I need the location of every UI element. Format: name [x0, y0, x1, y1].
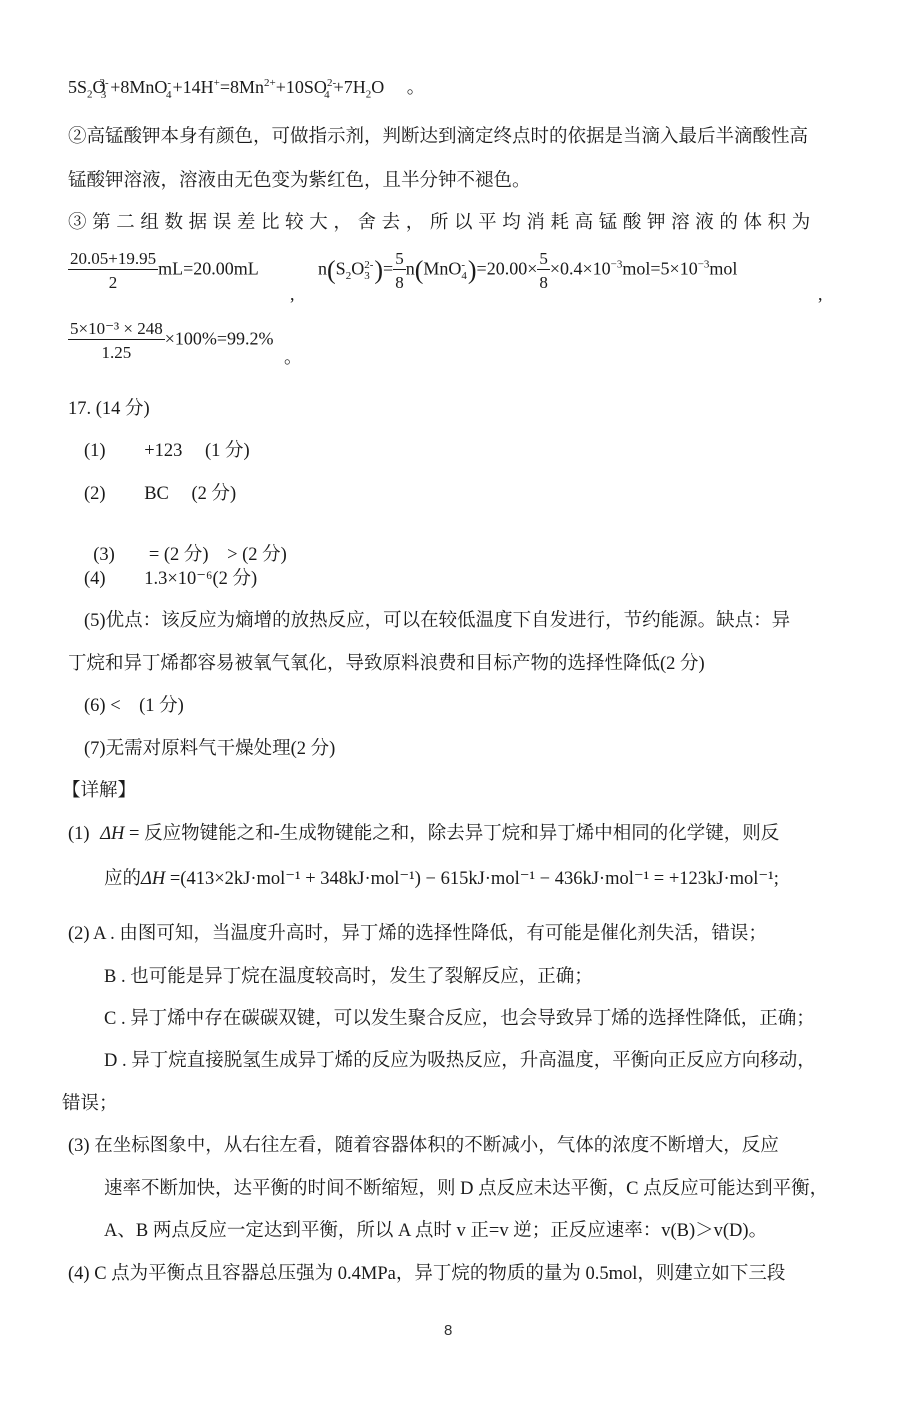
volume-calc: 20.05+19.95 2 mL=20.00mL	[68, 250, 259, 291]
comma-1: ,	[290, 285, 295, 303]
purity-calc: 5×10⁻³ × 248 1.25 ×100%=99.2% 。	[68, 320, 302, 361]
equation-lhs: 5S2O2-3+8MnO-4+14H+	[68, 77, 220, 97]
explain-1-line2: 应的ΔH =(413×2kJ·mol⁻¹ + 348kJ·mol⁻¹) − 61…	[104, 870, 779, 889]
q17-answer-5-line1: (5)优点：该反应为熵增的放热反应，可以在较低温度下自发进行，节约能源。缺点：异	[84, 612, 790, 631]
explain-3-line3: A、B 两点反应一定达到平衡，所以 A 点时 v 正=v 逆；正反应速率：v(B…	[104, 1222, 767, 1241]
comma-2: ,	[818, 285, 823, 303]
q17-answer-7: (7)无需对原料气干燥处理(2 分)	[84, 740, 335, 759]
page-number: 8	[444, 1322, 452, 1339]
explain-3-line2: 速率不断加快，达平衡的时间不断缩短，则 D 点反应未达平衡，C 点反应可能达到平…	[104, 1180, 828, 1199]
item3-line1: ③ 第 二 组 数 据 误 差 比 较 大 ， 舍 去 ， 所 以 平 均 消 …	[68, 214, 811, 233]
item2-line1: ②高锰酸钾本身有颜色，可做指示剂，判断达到滴定终点时的依据是当滴入最后半滴酸性高	[68, 128, 808, 147]
q17-header: 17. (14 分)	[68, 400, 150, 419]
explain-2-A: (2) A . 由图可知，当温度升高时，异丁烯的选择性降低，有可能是催化剂失活，…	[68, 925, 767, 944]
q17-answer-1: (1) +123 (1 分)	[84, 442, 250, 461]
q17-answer-2: (2) BC (2 分)	[84, 485, 236, 504]
explain-2-D-cont: 错误；	[62, 1095, 118, 1114]
explain-2-D: D . 异丁烷直接脱氢生成异丁烯的反应为吸热反应，升高温度，平衡向正反应方向移动…	[104, 1052, 816, 1071]
explain-3-line1: (3) 在坐标图象中，从右往左看，随着容器体积的不断减小，气体的浓度不断增大，反…	[68, 1137, 779, 1156]
explain-2-B: B . 也可能是异丁烷在温度较高时，发生了裂解反应，正确；	[104, 968, 593, 987]
explain-4-line1: (4) C 点为平衡点且容器总压强为 0.4MPa，异丁烷的物质的量为 0.5m…	[68, 1265, 785, 1284]
item2-line2: 锰酸钾溶液，溶液由无色变为紫红色，且半分钟不褪色。	[68, 172, 531, 191]
q17-answer-4: (4) 1.3×10⁻⁶(2 分)	[84, 570, 257, 589]
redox-equation-full: 5S2O2-3+8MnO-4+14H+=8Mn2++10SO2-4+7H2O 。	[68, 78, 488, 96]
equation-end: 。	[407, 77, 425, 97]
q17-answer-6: (6) < (1 分)	[84, 697, 184, 716]
volume-fraction: 20.05+19.95 2	[68, 250, 158, 291]
equation-rhs: =8Mn2++10SO2-4+7H2O	[220, 77, 384, 97]
explain-1-line1: (1) ΔH = 反应物键能之和-生成物键能之和，除去异丁烷和异丁烯中相同的化学…	[68, 825, 779, 844]
explanation-header: 【详解】	[62, 782, 136, 801]
explain-2-C: C . 异丁烯中存在碳碳双键，可以发生聚合反应，也会导致异丁烯的选择性降低，正确…	[104, 1010, 815, 1029]
mol-calc: n(S2O2-3)=58n(MnO-4)=20.00×58×0.4×10−3mo…	[318, 250, 737, 291]
q17-answer-3: (3)= (2 分) > (2 分)	[84, 527, 287, 564]
purity-fraction: 5×10⁻³ × 248 1.25	[68, 320, 165, 361]
q17-answer-5-line2: 丁烷和异丁烯都容易被氧气氧化，导致原料浪费和目标产物的选择性降低(2 分)	[68, 655, 705, 674]
